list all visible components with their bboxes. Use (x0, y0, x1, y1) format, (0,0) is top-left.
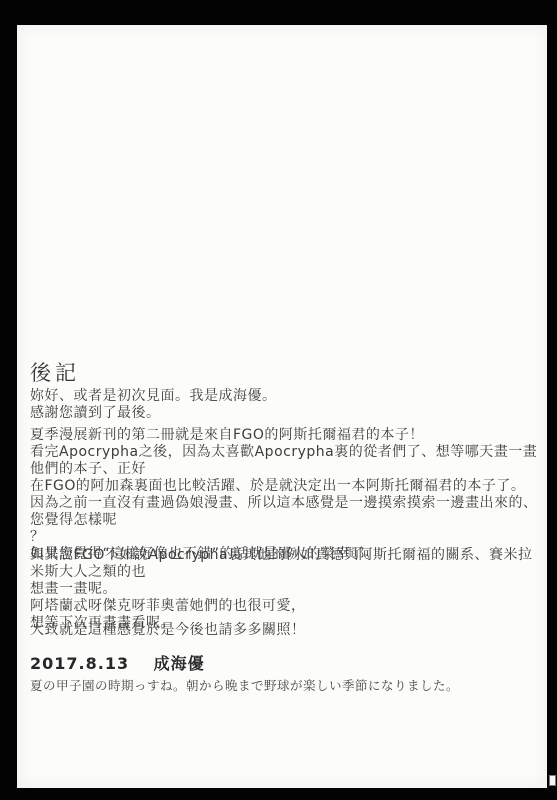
scan-edge-artifact (549, 775, 556, 786)
closing-line: 大致就是這種感覺於是今後也請多多關照！ (30, 622, 538, 639)
signature-date: 2017.8.13 (30, 654, 129, 673)
signature-author-name: 成海優 (154, 654, 205, 673)
postscript-japanese: 夏の甲子園の時期っすね。朝から晩まで野球が楽しい季節になりました。 (30, 677, 538, 694)
afterword-page: 後記 妳好、或者是初次見面。我是成海優。 感謝您讀到了最後。 夏季漫展新刊的第二… (17, 25, 547, 788)
afterword-title: 後記 (30, 361, 80, 385)
signature-line: 2017.8.13 成海優 (30, 655, 205, 672)
greeting-text: 妳好、或者是初次見面。我是成海優。 感謝您讀到了最後。 (30, 388, 535, 422)
afterword-paragraph-2: 與其說FGO不如說Apocrypha裏其他的例如貞德與阿斯托爾福的關系、賽米拉米… (30, 547, 538, 632)
afterword-paragraph-1: 夏季漫展新刊的第二冊就是來自FGO的阿斯托爾福君的本子！ 看完Apocrypha… (30, 427, 538, 563)
scan-background: 後記 妳好、或者是初次見面。我是成海優。 感謝您讀到了最後。 夏季漫展新刊的第二… (0, 0, 557, 800)
